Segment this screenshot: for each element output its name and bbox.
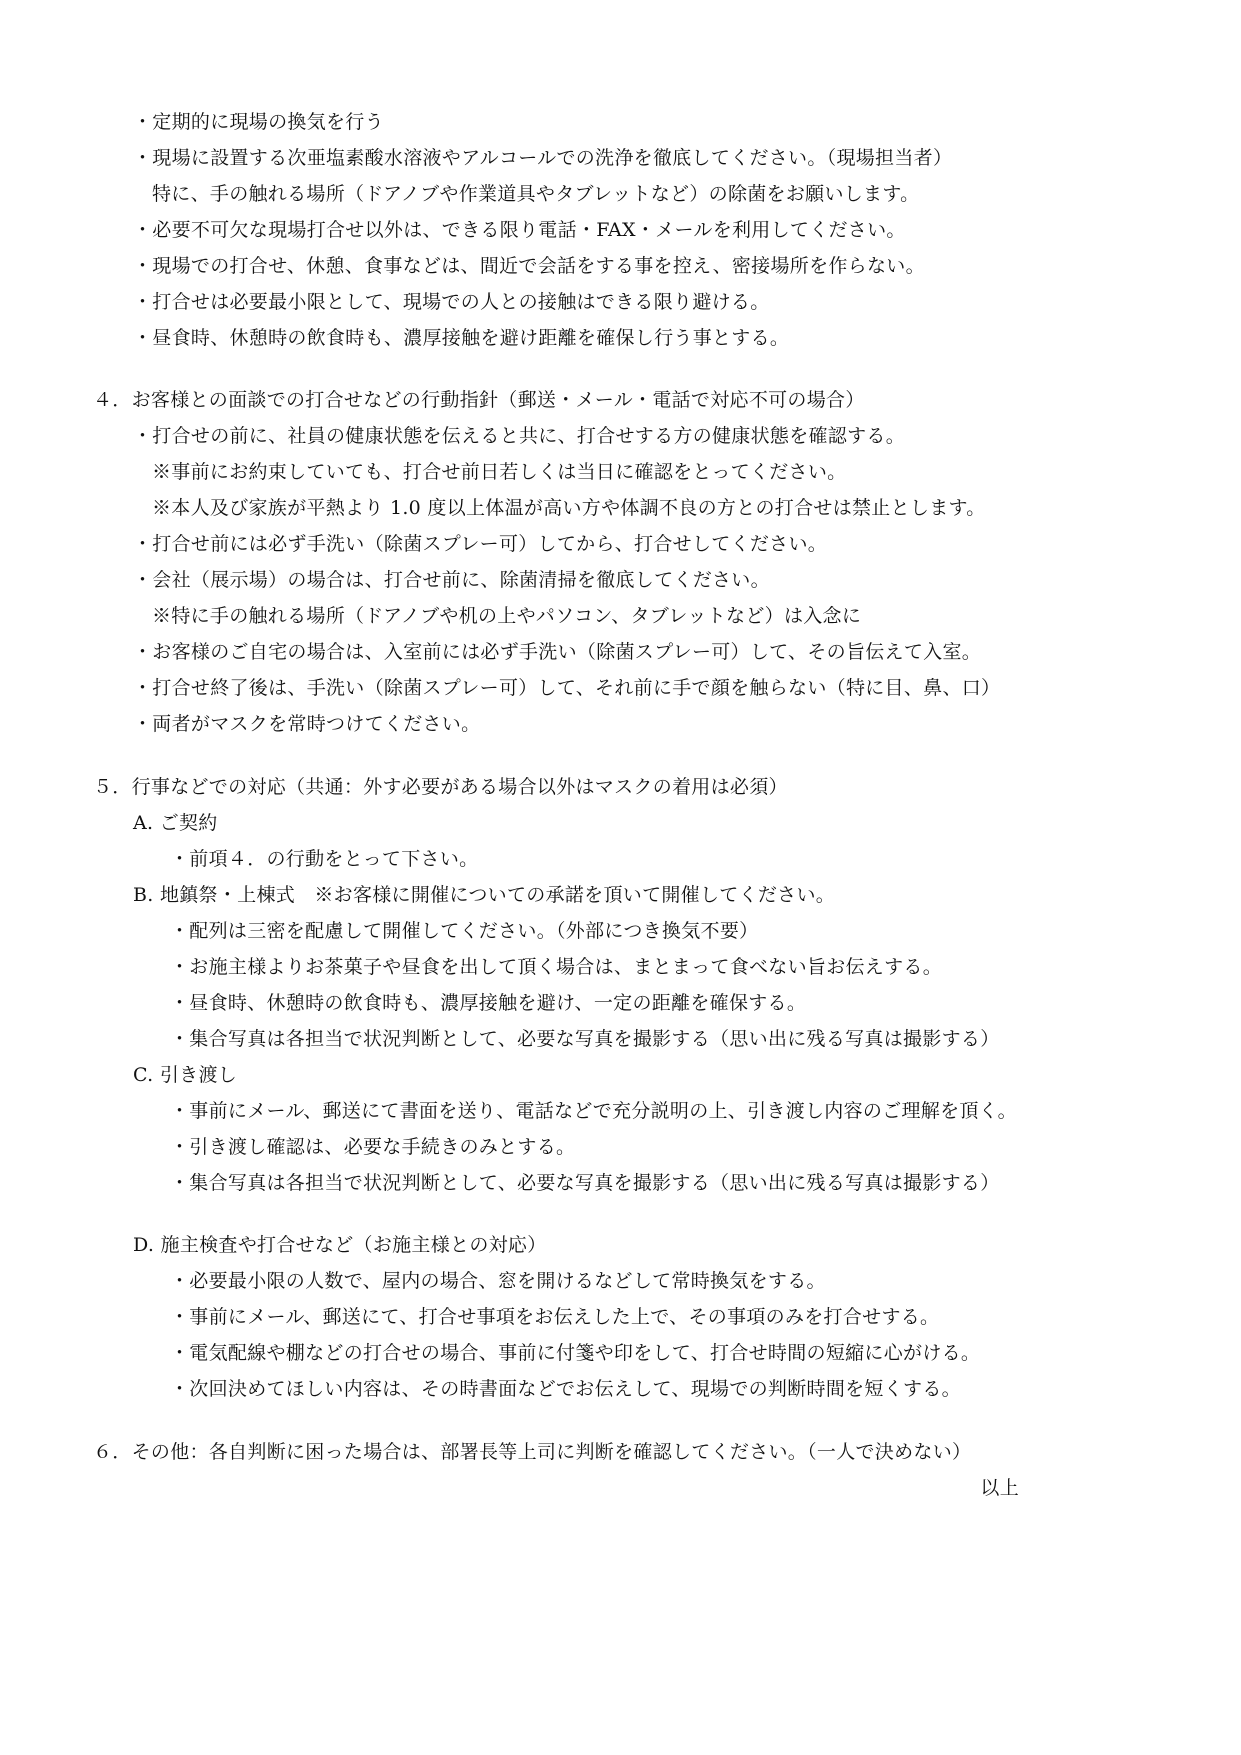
subsection-c-item: ・引き渡し確認は、必要な手続きのみとする。 [170,1135,575,1159]
bullet-disinfection: ・現場に設置する次亜塩素酸水溶液やアルコールでの洗浄を徹底してください。（現場担… [133,146,952,170]
subsection-d-item: ・次回決めてほしい内容は、その時書面などでお伝えして、現場での判断時間を短くする… [170,1377,961,1401]
subsection-b-item: ・配列は三密を配慮して開催してください。（外部につき換気不要） [170,919,758,943]
s4-line: ・打合せ前には必ず手洗い（除菌スプレー可）してから、打合せしてください。 [133,532,827,556]
s4-line: ・打合せの前に、社員の健康状態を伝えると共に、打合せする方の健康状態を確認する。 [133,424,905,448]
subsection-b-item: ・昼食時、休憩時の飲食時も、濃厚接触を避け、一定の距離を確保する。 [170,991,806,1015]
subsection-c-item: ・集合写真は各担当で状況判断として、必要な写真を撮影する（思い出に残る写真は撮影… [170,1171,1000,1195]
s4-line: ・お客様のご自宅の場合は、入室前には必ず手洗い（除菌スプレー可）して、その旨伝え… [133,640,981,664]
subsection-c-item: ・事前にメール、郵送にて書面を送り、電話などで充分説明の上、引き渡し内容のご理解… [170,1099,1017,1123]
subsection-d-item: ・必要最小限の人数で、屋内の場合、窓を開けるなどして常時換気をする。 [170,1269,826,1293]
bullet-remote-comms: ・必要不可欠な現場打合せ以外は、できる限り電話・FAX・メールを利用してください… [133,218,906,242]
section-6-heading: ６．その他：各自判断に困った場合は、部署長等上司に判断を確認してください。（一人… [93,1440,971,1464]
subsection-b-title: B. 地鎮祭・上棟式 ※お客様に開催についての承諾を頂いて開催してください。 [133,883,835,907]
s4-line: ・会社（展示場）の場合は、打合せ前に、除菌清掃を徹底してください。 [133,568,770,592]
bullet-avoid-close-contact: ・現場での打合せ、休憩、食事などは、間近で会話をする事を控え、密接場所を作らない… [133,254,925,278]
section-5-heading: ５．行事などでの対応（共通：外す必要がある場合以外はマスクの着用は必須） [93,775,788,799]
bullet-ventilation: ・定期的に現場の換気を行う [133,110,384,134]
subsection-d-title: D. 施主検査や打合せなど（お施主様との対応） [133,1233,547,1257]
s4-line: ※特に手の触れる場所（ドアノブや机の上やパソコン、タブレットなど）は入念に [152,604,861,628]
subsection-d-item: ・事前にメール、郵送にて、打合せ事項をお伝えした上で、その事項のみを打合せする。 [170,1305,939,1329]
subsection-b-item: ・集合写真は各担当で状況判断として、必要な写真を撮影する（思い出に残る写真は撮影… [170,1027,1000,1051]
subsection-b-item: ・お施主様よりお茶菓子や昼食を出して頂く場合は、まとまって食べない旨お伝えする。 [170,955,942,979]
subsection-a-item: ・前項４．の行動をとって下さい。 [170,847,478,871]
closing-mark: 以上 [980,1476,1019,1500]
subsection-c-title: C. 引き渡し [133,1063,237,1087]
subsection-a-title: A. ご契約 [133,811,218,835]
s4-line: ・両者がマスクを常時つけてください。 [133,712,480,736]
s4-line: ※事前にお約束していても、打合せ前日若しくは当日に確認をとってください。 [152,460,846,484]
note-touch-areas: 特に、手の触れる場所（ドアノブや作業道具やタブレットなど）の除菌をお願いします。 [152,182,919,206]
subsection-d-item: ・電気配線や棚などの打合せの場合、事前に付箋や印をして、打合せ時間の短縮に心がけ… [170,1341,980,1365]
s4-line: ・打合せ終了後は、手洗い（除菌スプレー可）して、それ前に手で顔を触らない（特に目… [133,676,1000,700]
s4-line: ※本人及び家族が平熱より 1.0 度以上体温が高い方や体調不良の方との打合せは禁… [152,496,986,520]
bullet-meal-distance: ・昼食時、休憩時の飲食時も、濃厚接触を避け距離を確保し行う事とする。 [133,326,789,350]
section-4-heading: ４．お客様との面談での打合せなどの行動指針（郵送・メール・電話で対応不可の場合） [93,388,865,412]
bullet-minimize-meetings: ・打合せは必要最小限として、現場での人との接触はできる限り避ける。 [133,290,770,314]
